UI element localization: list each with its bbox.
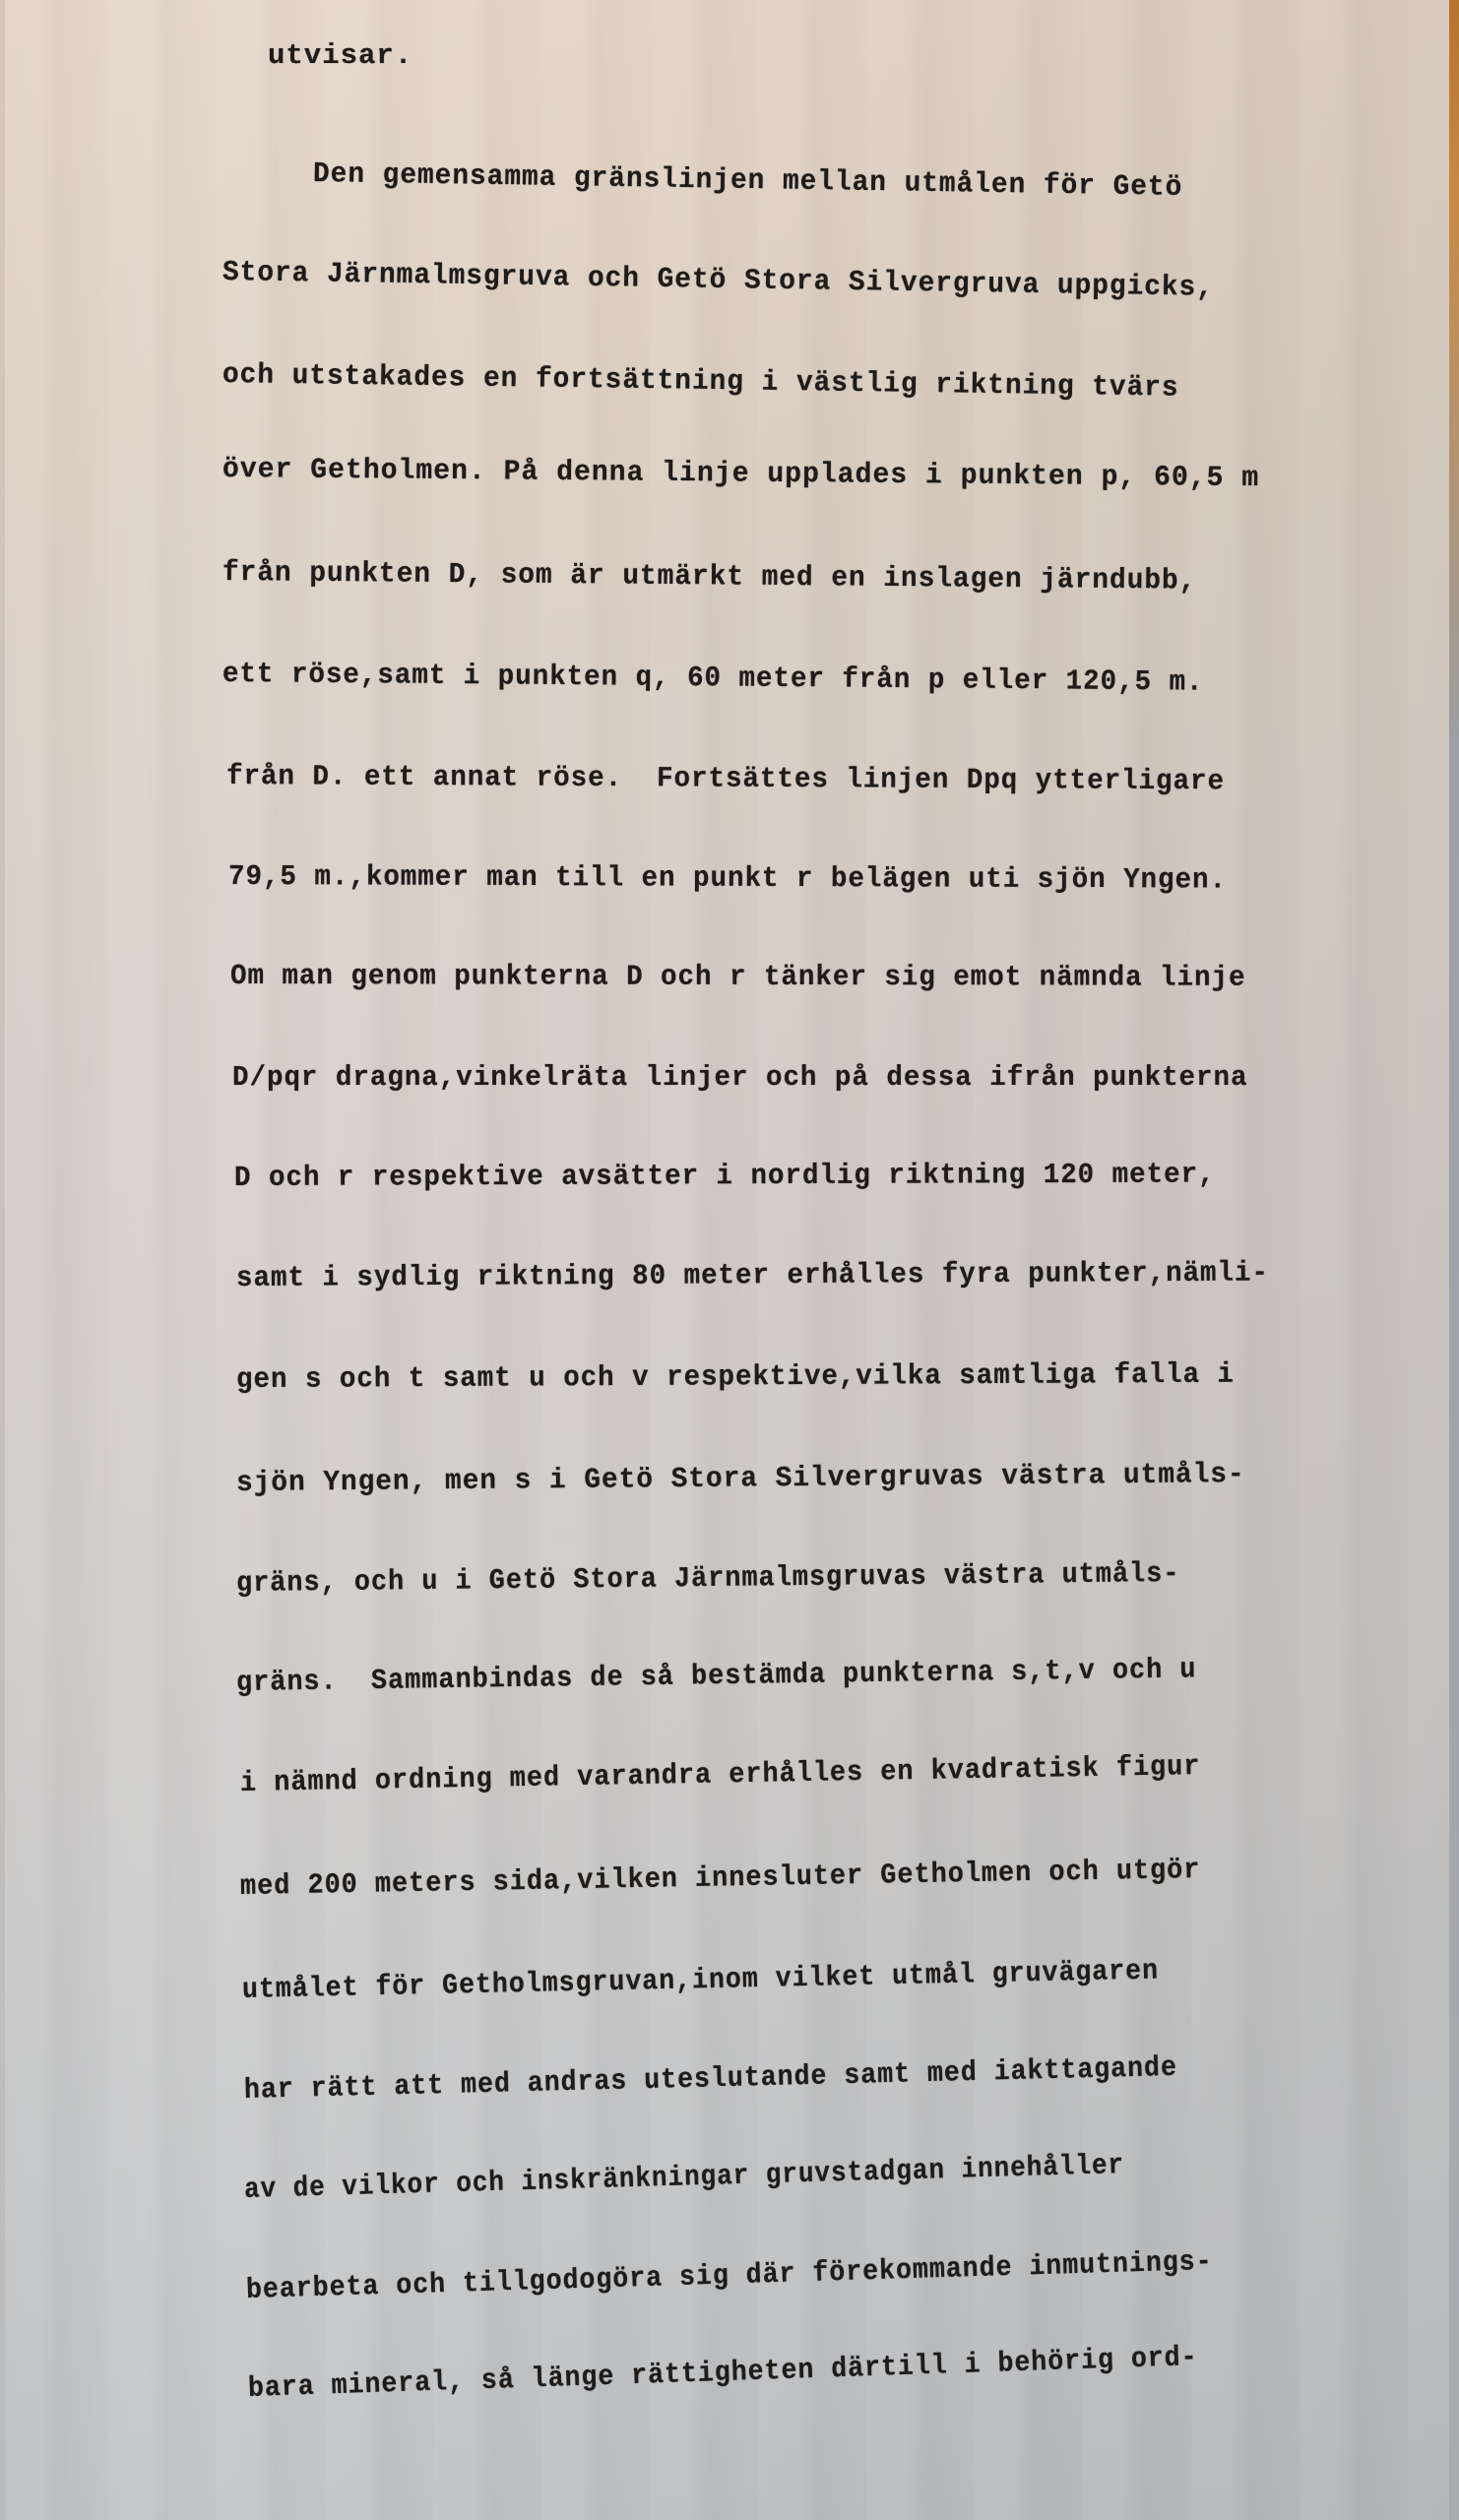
text-line: 79,5 m.,kommer man till en punkt r beläg… (228, 860, 1227, 897)
text-line: Stora Järnmalmsgruva och Getö Stora Silv… (222, 256, 1214, 304)
document-page: utvisar. Den gemensamma gränslinjen mell… (0, 0, 1459, 2520)
typewritten-text: utvisar. Den gemensamma gränslinjen mell… (0, 0, 1459, 2520)
text-line: D/pqr dragna,vinkelräta linjer och på de… (232, 1061, 1247, 1094)
text-line: från D. ett annat röse. Fortsättes linje… (226, 760, 1225, 797)
text-line: samt i sydlig riktning 80 meter erhålles… (236, 1257, 1269, 1294)
text-line: ett röse,samt i punkten q, 60 meter från… (222, 658, 1204, 699)
text-line: från punkten D, som är utmärkt med en in… (222, 556, 1197, 598)
text-line: sjön Yngen, men s i Getö Stora Silvergru… (236, 1458, 1245, 1499)
text-line: utvisar. (268, 39, 412, 72)
text-line: gen s och t samt u och v respektive,vilk… (236, 1358, 1235, 1396)
text-line: med 200 meters sida,vilken innesluter Ge… (240, 1854, 1201, 1903)
text-line: D och r respektive avsätter i nordlig ri… (234, 1159, 1216, 1194)
text-line: Om man genom punkterna D och r tänker si… (230, 960, 1246, 994)
text-line: har rätt att med andras uteslutande samt… (244, 2051, 1178, 2107)
text-line: gräns. Sammanbindas de så bestämda punkt… (236, 1653, 1197, 1699)
text-line: Den gemensamma gränslinjen mellan utmåle… (313, 157, 1183, 204)
text-line: av de vilkor och inskränkningar gruvstad… (244, 2149, 1125, 2206)
text-line: gräns, och u i Getö Stora Järnmalmsgruva… (236, 1557, 1180, 1600)
text-line: bara mineral, så länge rättigheten därti… (247, 2341, 1198, 2405)
text-line: bearbeta och tillgodogöra sig där föreko… (246, 2245, 1214, 2306)
text-line: i nämnd ordning med varandra erhålles en… (240, 1750, 1201, 1799)
text-line: och utstakades en fortsättning i västlig… (222, 358, 1179, 405)
text-line: över Getholmen. På denna linje upplades … (222, 453, 1259, 494)
text-line: utmålet för Getholmsgruvan,inom vilket u… (242, 1955, 1160, 2006)
